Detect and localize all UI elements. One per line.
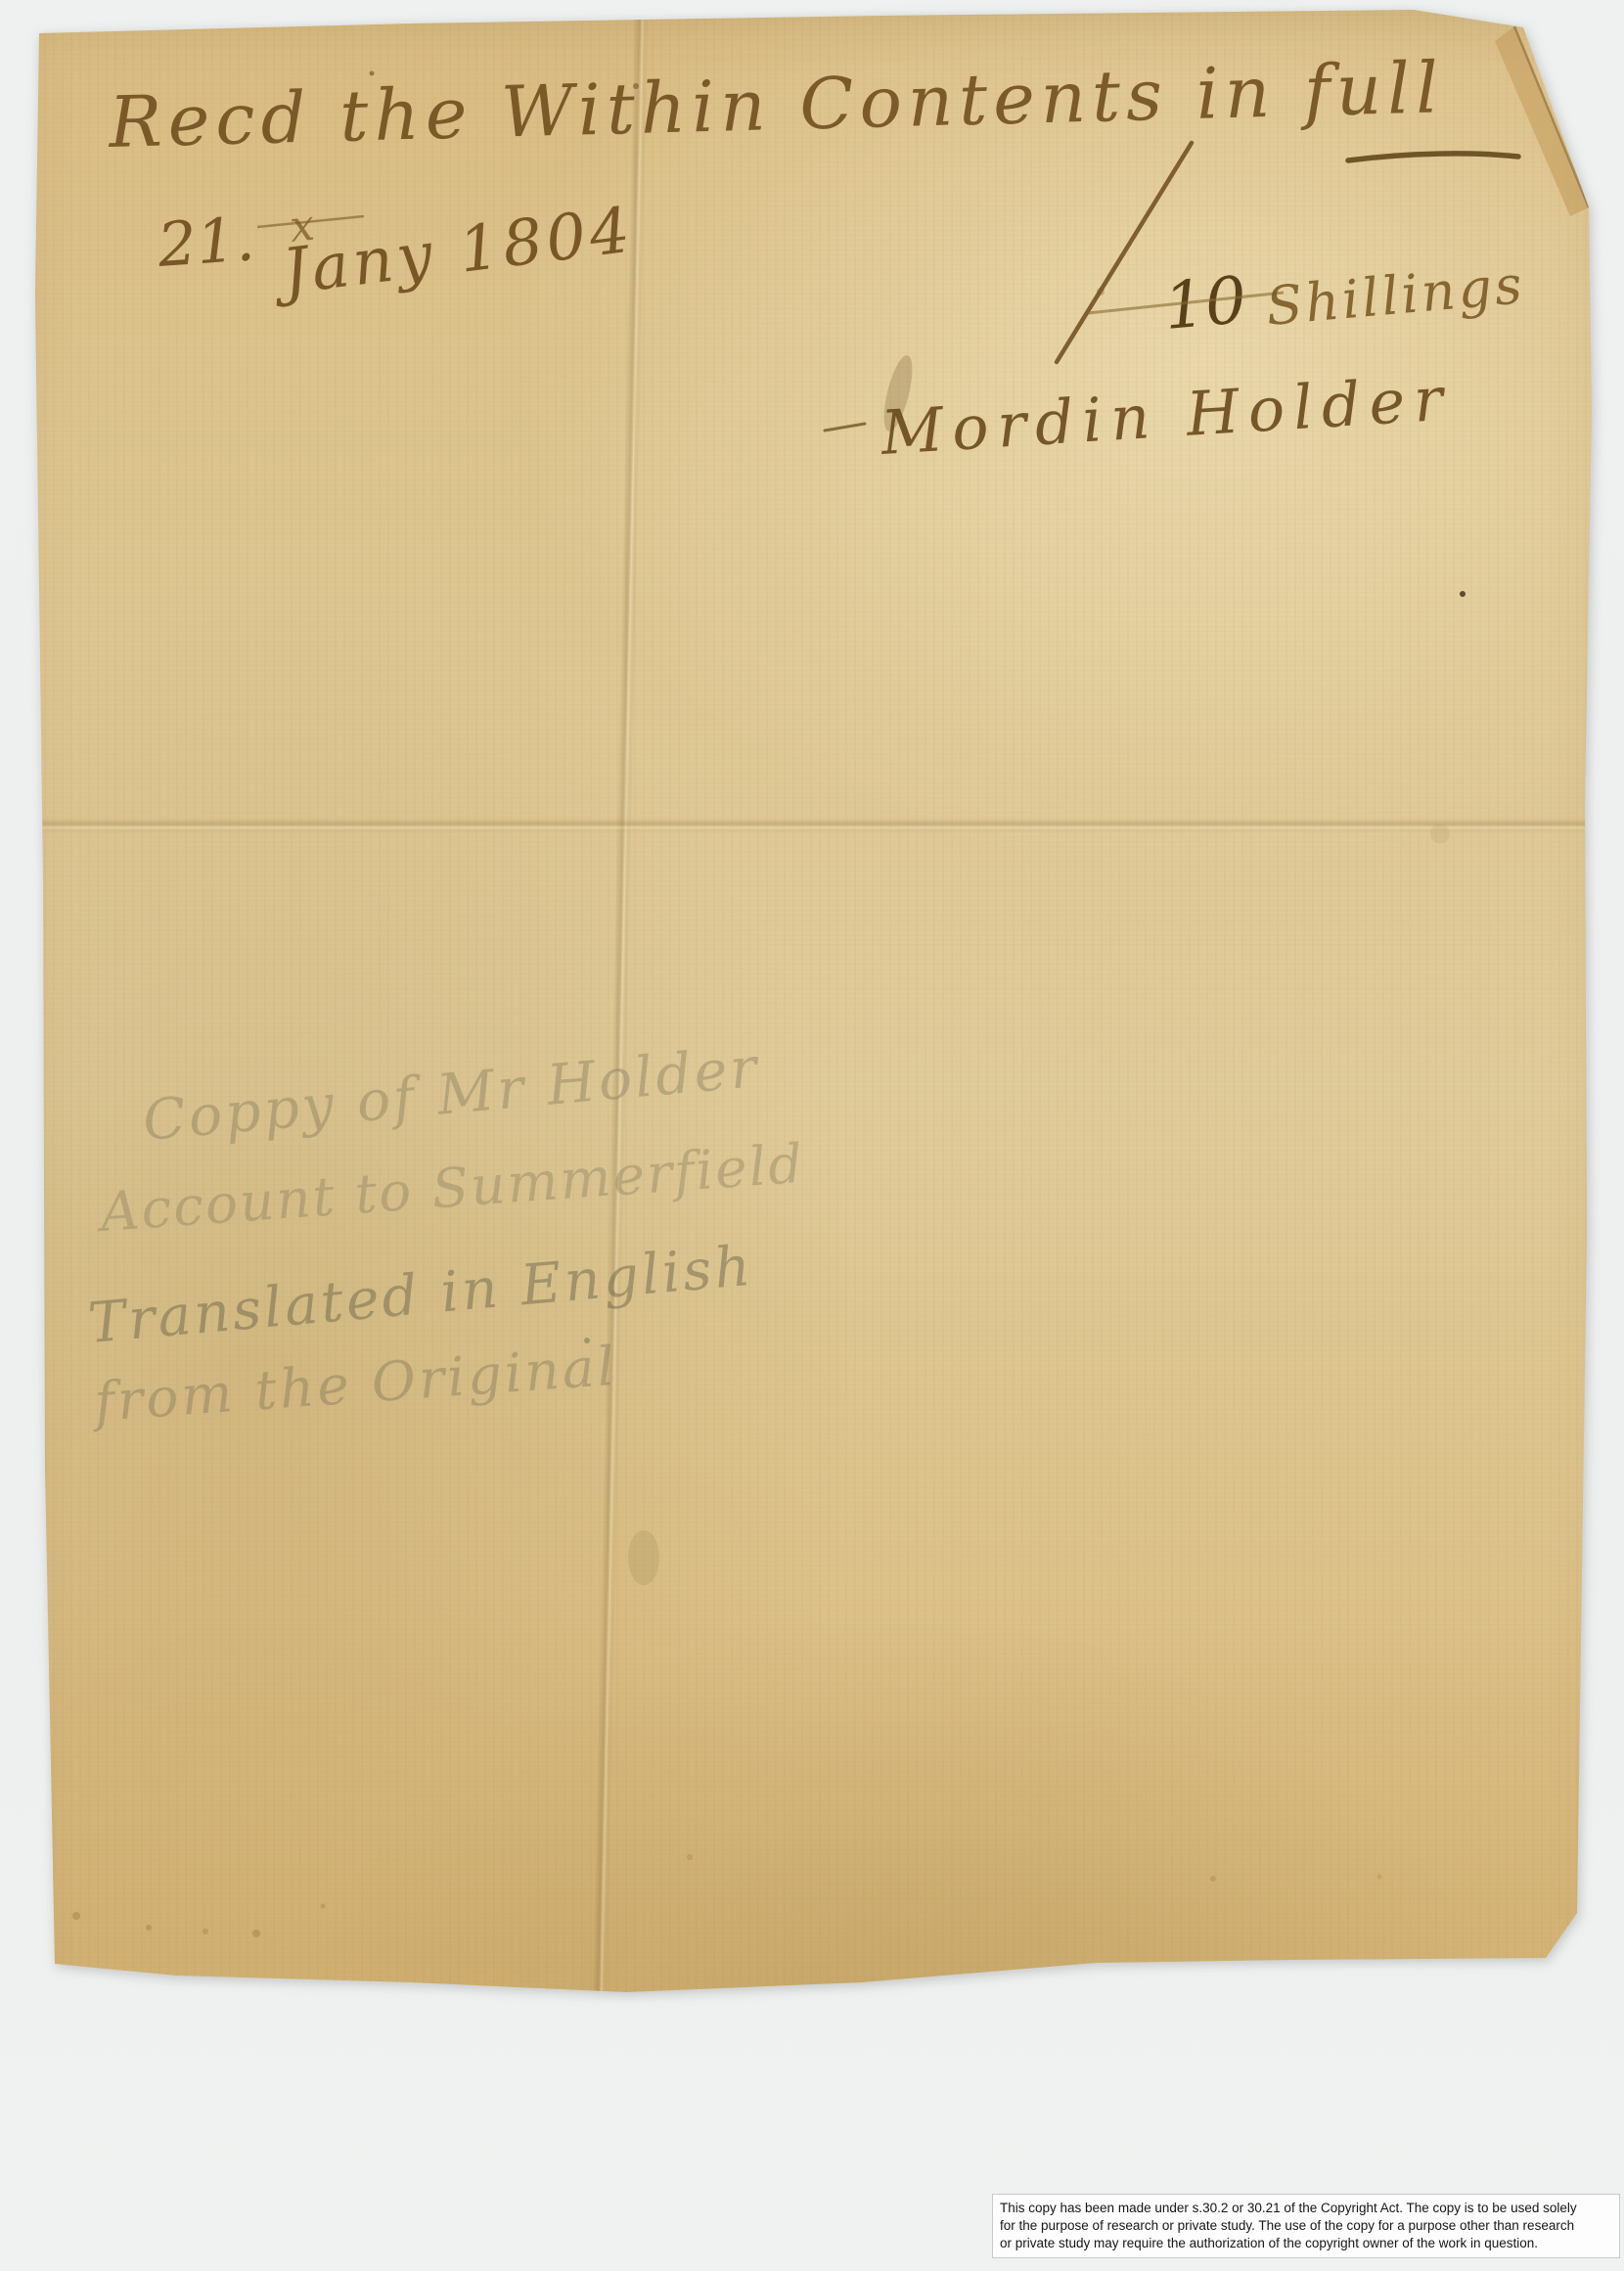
pencil-note-line3: Translated in English [85, 1234, 755, 1356]
amount-strike-line [1088, 293, 1284, 313]
receipt-superscript-mark: x [288, 201, 317, 252]
scanned-document-page: Recd the Within Contents in full x 21. J… [0, 0, 1624, 2271]
paper-shadow-wrap: Recd the Within Contents in full x 21. J… [0, 0, 1624, 2271]
receipt-date-month-year: Jany 1804 [268, 195, 638, 311]
amount-value: 10 [1161, 262, 1249, 344]
copyright-notice-line3: or private study may require the authori… [1000, 2235, 1612, 2252]
amount-slash-stroke [1057, 143, 1192, 362]
flourish-dash [1348, 154, 1518, 160]
copyright-notice-line2: for the purpose of research or private s… [1000, 2217, 1612, 2235]
manuscript-artwork: Recd the Within Contents in full x 21. J… [0, 0, 1624, 2271]
pencil-note-line4: from the Original [88, 1335, 619, 1433]
mark-strike-line [257, 216, 364, 227]
amount-unit-shillings: Shillings [1264, 253, 1527, 338]
receipt-date-day: 21. [155, 203, 256, 281]
folded-corner-edge [1514, 26, 1589, 207]
vertical-fold-crease [592, 0, 649, 2016]
receipt-line1: Recd the Within Contents in full [106, 46, 1445, 163]
copyright-notice-line1: This copy has been made under s.30.2 or … [1000, 2200, 1612, 2217]
pencil-note-line2: Account to Summerfield [93, 1132, 806, 1244]
copyright-notice: This copy has been made under s.30.2 or … [992, 2194, 1620, 2258]
folded-corner-flap [1495, 26, 1589, 216]
signature-leading-dash [825, 424, 865, 431]
paper-stains [72, 71, 1466, 1938]
manuscript-paper: Recd the Within Contents in full x 21. J… [0, 0, 1624, 2271]
ink-smudge [879, 353, 919, 434]
horizontal-fold-crease [35, 818, 1587, 833]
signature-mordin-holder: Mordin Holder [878, 362, 1453, 469]
pencil-note-line1: Coppy of Mr Holder [140, 1035, 762, 1154]
